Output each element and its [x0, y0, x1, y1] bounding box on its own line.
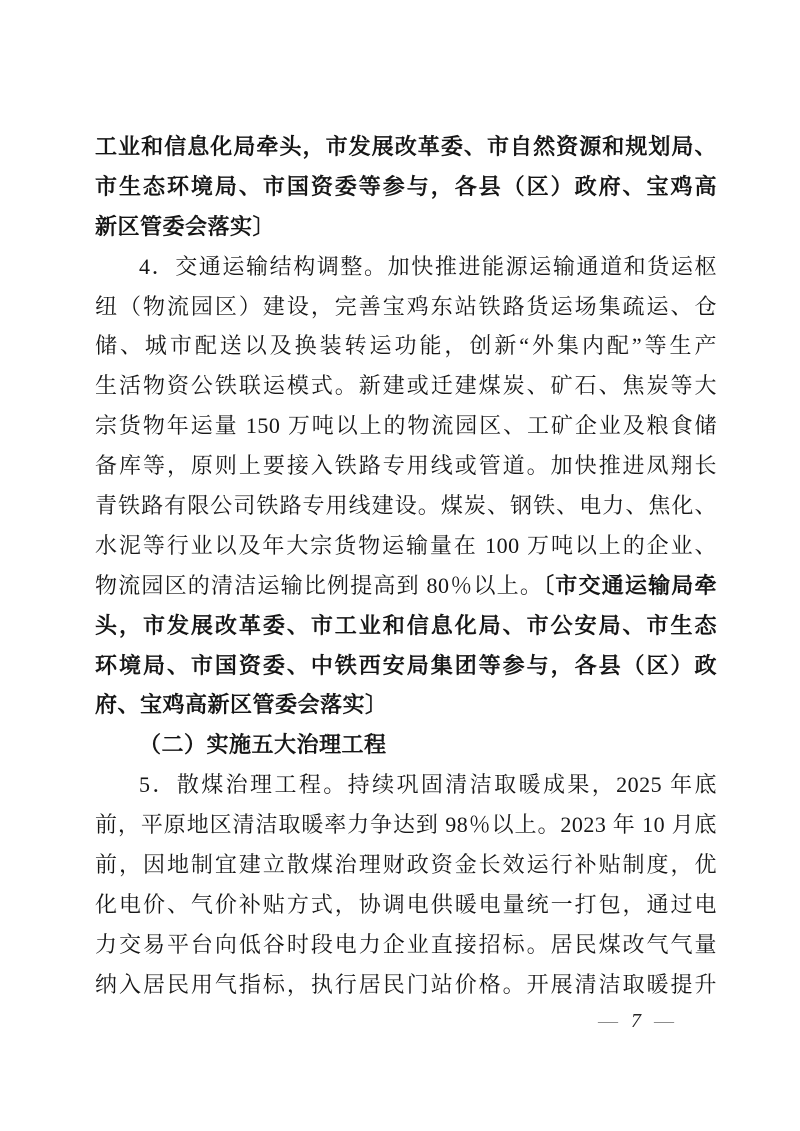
bold-text-segment: 工业和信息化局牵头，市发展改革委、市自然资源和规划局、: [95, 134, 717, 159]
text-line: 头，市发展改革委、市工业和信息化局、市公安局、市生态: [95, 606, 717, 646]
bold-text-segment: 环境局、市国资委、中铁西安局集团等参与，各县（区）政: [95, 653, 717, 678]
text-line: 府、宝鸡高新区管委会落实〕: [95, 685, 717, 725]
text-line: 备库等，原则上要接入铁路专用线或管道。加快推进凤翔长: [95, 446, 717, 486]
text-line: 纽（物流园区）建设，完善宝鸡东站铁路货运场集疏运、仓: [95, 287, 717, 327]
bold-text-segment: 新区管委会落实〕: [95, 214, 275, 239]
text-line: 4．交通运输结构调整。加快推进能源运输通道和货运枢: [95, 247, 717, 287]
text-line: 水泥等行业以及年大宗货物运输量在 100 万吨以上的企业、: [95, 526, 717, 566]
text-segment: 宗货物年运量 150 万吨以上的物流园区、工矿企业及粮食储: [95, 413, 717, 438]
text-line: 青铁路有限公司铁路专用线建设。煤炭、钢铁、电力、焦化、: [95, 486, 717, 526]
text-line: 5．散煤治理工程。持续巩固清洁取暖成果，2025 年底: [95, 765, 717, 805]
text-segment: 力交易平台向低谷时段电力企业直接招标。居民煤改气气量: [95, 932, 717, 957]
document-page: 工业和信息化局牵头，市发展改革委、市自然资源和规划局、市生态环境局、市国资委等参…: [0, 0, 800, 1131]
text-line: 环境局、市国资委、中铁西安局集团等参与，各县（区）政: [95, 646, 717, 686]
bold-text-segment: 〔市交通运输局牵: [543, 573, 717, 598]
text-line: 前，因地制宜建立散煤治理财政资金长效运行补贴制度，优: [95, 845, 717, 885]
text-line: 新区管委会落实〕: [95, 207, 717, 247]
text-line: （二）实施五大治理工程: [95, 725, 717, 765]
text-segment: 备库等，原则上要接入铁路专用线或管道。加快推进凤翔长: [95, 453, 717, 478]
text-segment: 前，平原地区清洁取暖率力争达到 98％以上。2023 年 10 月底: [95, 812, 717, 837]
text-segment: 储、城市配送以及换装转运功能，创新“外集内配”等生产: [95, 333, 717, 358]
text-line: 市生态环境局、市国资委等参与，各县（区）政府、宝鸡高: [95, 167, 717, 207]
text-segment: 5．散煤治理工程。持续巩固清洁取暖成果，2025 年底: [139, 772, 717, 797]
text-line: 纳入居民用气指标，执行居民门站价格。开展清洁取暖提升: [95, 965, 717, 1005]
bold-text-segment: 市生态环境局、市国资委等参与，各县（区）政府、宝鸡高: [95, 174, 717, 199]
text-segment: 物流园区的清洁运输比例提高到 80％以上。: [95, 573, 543, 598]
text-line: 宗货物年运量 150 万吨以上的物流园区、工矿企业及粮食储: [95, 406, 717, 446]
text-segment: 水泥等行业以及年大宗货物运输量在 100 万吨以上的企业、: [95, 533, 717, 558]
text-segment: 4．交通运输结构调整。加快推进能源运输通道和货运枢: [139, 254, 717, 279]
page-footer: — 7 —: [598, 1006, 674, 1036]
text-segment: 纳入居民用气指标，执行居民门站价格。开展清洁取暖提升: [95, 972, 717, 997]
text-segment: 纽（物流园区）建设，完善宝鸡东站铁路货运场集疏运、仓: [95, 294, 717, 319]
document-body: 工业和信息化局牵头，市发展改革委、市自然资源和规划局、市生态环境局、市国资委等参…: [95, 127, 717, 1005]
text-line: 力交易平台向低谷时段电力企业直接招标。居民煤改气气量: [95, 925, 717, 965]
text-line: 储、城市配送以及换装转运功能，创新“外集内配”等生产: [95, 326, 717, 366]
text-segment: 生活物资公铁联运模式。新建或迁建煤炭、矿石、焦炭等大: [95, 373, 717, 398]
footer-dash-left: —: [598, 1011, 618, 1031]
bold-text-segment: 头，市发展改革委、市工业和信息化局、市公安局、市生态: [95, 613, 717, 638]
bold-text-segment: （二）实施五大治理工程: [139, 732, 387, 757]
text-segment: 青铁路有限公司铁路专用线建设。煤炭、钢铁、电力、焦化、: [95, 493, 717, 518]
text-line: 工业和信息化局牵头，市发展改革委、市自然资源和规划局、: [95, 127, 717, 167]
text-line: 生活物资公铁联运模式。新建或迁建煤炭、矿石、焦炭等大: [95, 366, 717, 406]
bold-text-segment: 府、宝鸡高新区管委会落实〕: [95, 692, 388, 717]
footer-dash-right: —: [654, 1011, 674, 1031]
text-line: 化电价、气价补贴方式，协调电供暖电量统一打包，通过电: [95, 885, 717, 925]
page-number: 7: [631, 1011, 641, 1031]
text-line: 前，平原地区清洁取暖率力争达到 98％以上。2023 年 10 月底: [95, 805, 717, 845]
text-segment: 前，因地制宜建立散煤治理财政资金长效运行补贴制度，优: [95, 852, 717, 877]
text-segment: 化电价、气价补贴方式，协调电供暖电量统一打包，通过电: [95, 892, 717, 917]
text-line: 物流园区的清洁运输比例提高到 80％以上。〔市交通运输局牵: [95, 566, 717, 606]
